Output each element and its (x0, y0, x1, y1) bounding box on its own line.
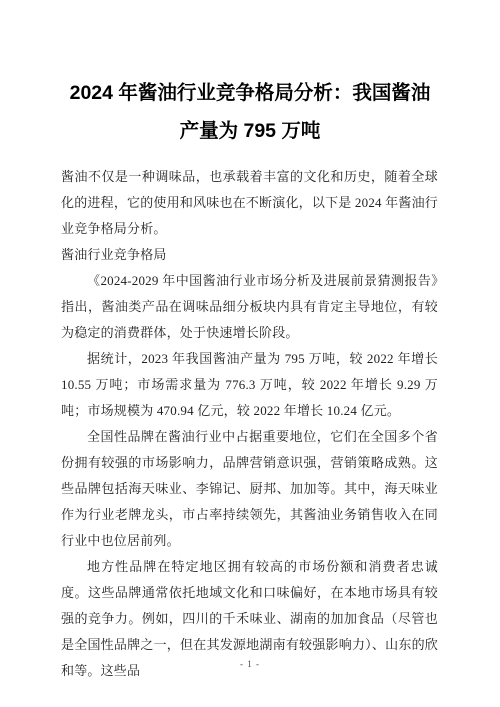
paragraph-report-quote: 《2024-2029 年中国酱油行业市场分析及进展前景猜测报告》指出，酱油类产品… (61, 268, 438, 346)
paragraph-statistics: 据统计，2023 年我国酱油产量为 795 万吨，较 2022 年增长 10.5… (61, 346, 438, 424)
document-body: 酱油不仅是一种调味品，也承载着丰富的文化和历史，随着全球化的进程，它的使用和风味… (61, 164, 438, 684)
document-title-line1: 2024 年酱油行业竞争格局分析：我国酱油 (52, 74, 448, 112)
document-title-line2: 产量为 795 万吨 (52, 112, 448, 150)
document-page: 2024 年酱油行业竞争格局分析：我国酱油 产量为 795 万吨 酱油不仅是一种… (0, 0, 500, 707)
document-title: 2024 年酱油行业竞争格局分析：我国酱油 产量为 795 万吨 (52, 74, 448, 150)
section-heading: 酱油行业竞争格局 (61, 242, 438, 268)
page-number: - 1 - (0, 659, 500, 669)
paragraph-national-brands: 全国性品牌在酱油行业中占据重要地位，它们在全国多个省份拥有较强的市场影响力，品牌… (61, 424, 438, 554)
paragraph-intro: 酱油不仅是一种调味品，也承载着丰富的文化和历史，随着全球化的进程，它的使用和风味… (61, 164, 438, 242)
